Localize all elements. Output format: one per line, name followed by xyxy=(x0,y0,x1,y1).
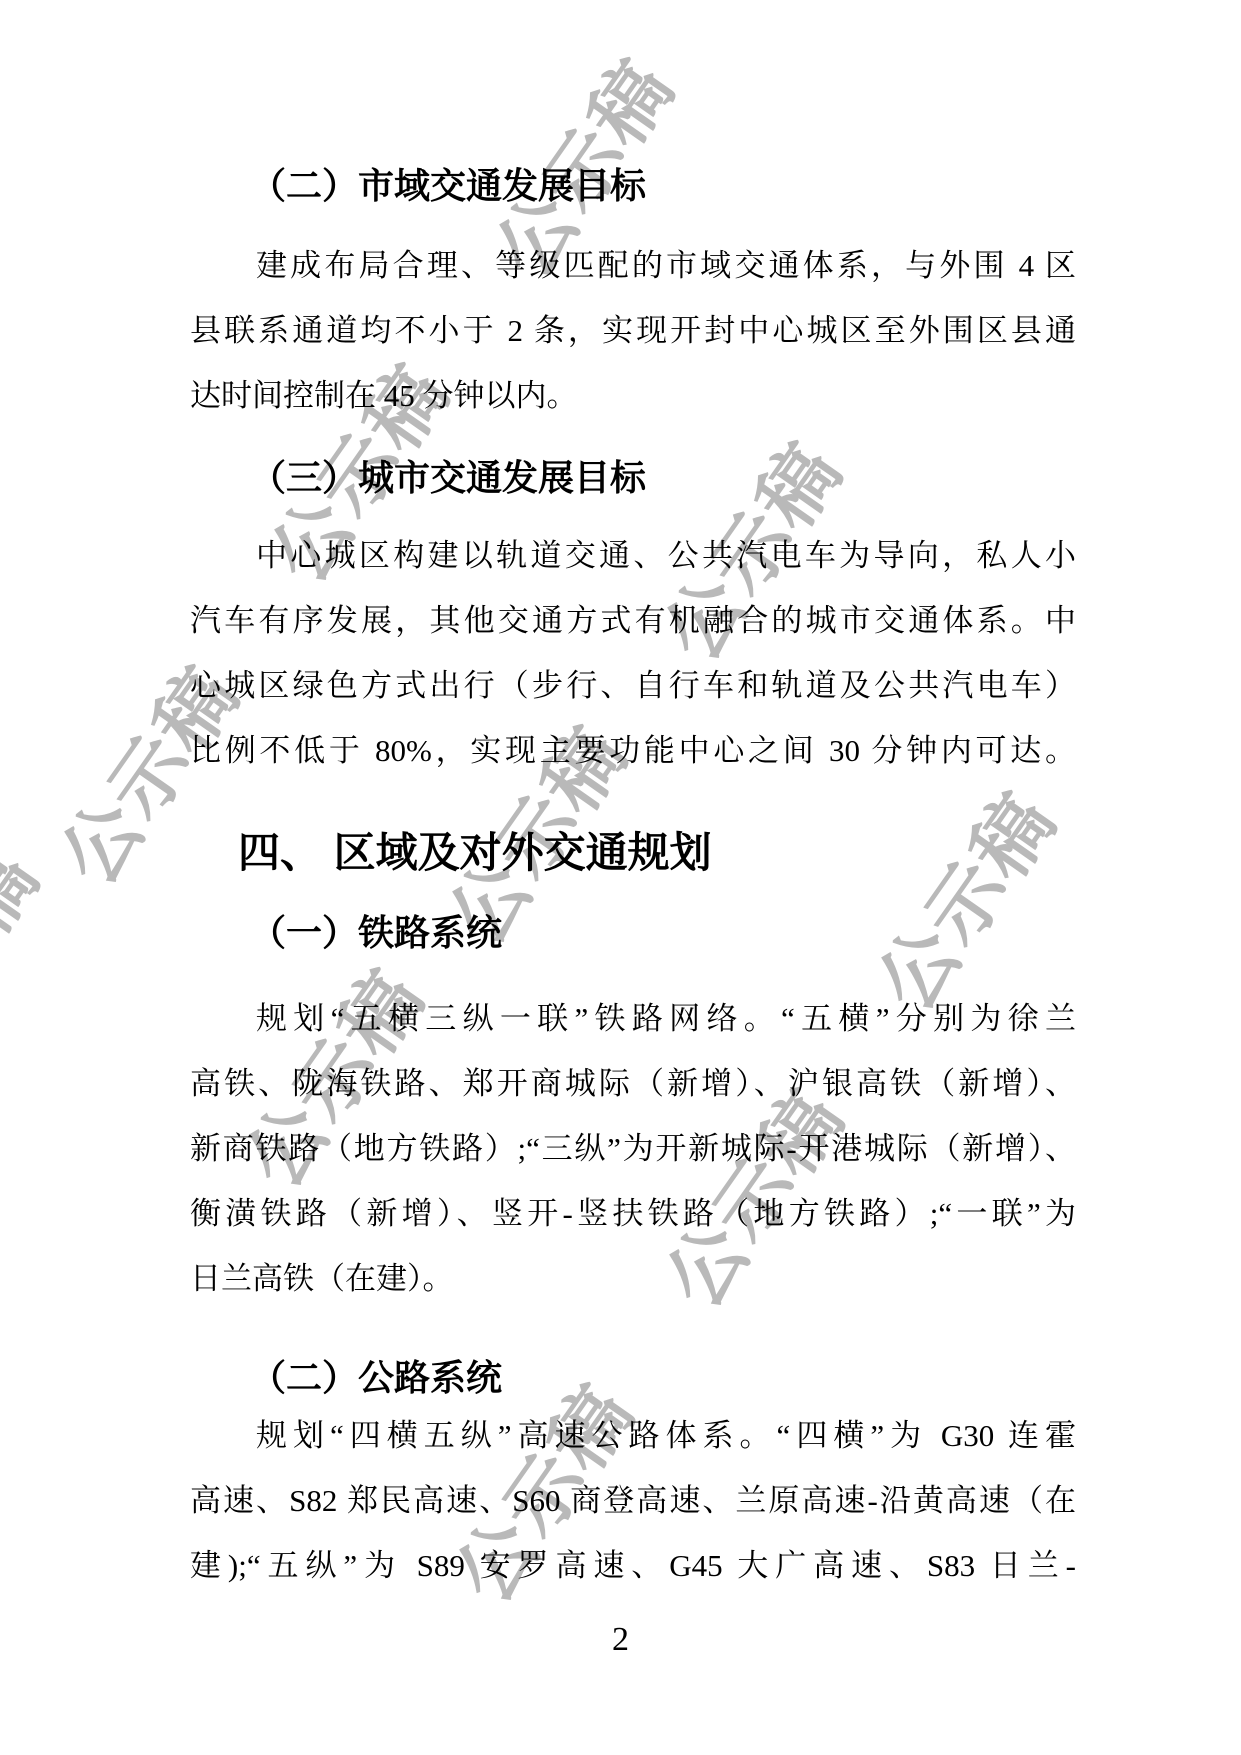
paragraph-line: 高铁、陇海铁路、郑开商城际（新增）、沪银高铁（新增）、 xyxy=(190,1051,1076,1116)
paragraph-line: 衡潢铁路（新增）、竖开-竖扶铁路（地方铁路）;“一联”为 xyxy=(190,1181,1076,1246)
paragraph-railway-system: 规划“五横三纵一联”铁路网络。“五横”分别为徐兰 高铁、陇海铁路、郑开商城际（新… xyxy=(190,986,1076,1311)
paragraph-line: 比例不低于 80%，实现主要功能中心之间 30 分钟内可达。 xyxy=(190,718,1076,783)
chapter-heading-regional-external-transport-plan: 四、 区域及对外交通规划 xyxy=(238,828,712,878)
paragraph-line: 建成布局合理、等级匹配的市域交通体系，与外围 4 区 xyxy=(190,233,1076,298)
page-number: 2 xyxy=(0,1620,1241,1660)
paragraph-line: 县联系通道均不小于 2 条，实现开封中心城区至外围区县通 xyxy=(190,298,1076,363)
section-heading-highway-system: （二）公路系统 xyxy=(250,1356,502,1400)
paragraph-line: 建);“五纵”为 S89 安罗高速、G45 大广高速、S83 日兰- xyxy=(190,1533,1076,1598)
paragraph-line: 心城区绿色方式出行（步行、自行车和轨道及公共汽电车） xyxy=(190,653,1076,718)
paragraph-line: 规划“五横三纵一联”铁路网络。“五横”分别为徐兰 xyxy=(190,986,1076,1051)
watermark-stamp: 公示稿 xyxy=(0,823,61,1086)
paragraph-line: 日兰高铁（在建）。 xyxy=(190,1246,1076,1311)
paragraph-line: 中心城区构建以轨道交通、公共汽电车为导向，私人小 xyxy=(190,523,1076,588)
document-page: { "page": { "number": "2", "watermark": … xyxy=(0,0,1241,1755)
paragraph-line: 达时间控制在 45 分钟以内。 xyxy=(190,363,1076,428)
paragraph-highway-system: 规划“四横五纵”高速公路体系。“四横”为 G30 连霍 高速、S82 郑民高速、… xyxy=(190,1403,1076,1598)
paragraph-city-region-transport: 建成布局合理、等级匹配的市域交通体系，与外围 4 区 县联系通道均不小于 2 条… xyxy=(190,233,1076,428)
paragraph-urban-transport: 中心城区构建以轨道交通、公共汽电车为导向，私人小 汽车有序发展，其他交通方式有机… xyxy=(190,523,1076,783)
section-heading-urban-transport-goal: （三）城市交通发展目标 xyxy=(250,456,646,500)
paragraph-line: 新商铁路（地方铁路）;“三纵”为开新城际-开港城际（新增）、 xyxy=(190,1116,1076,1181)
section-heading-railway-system: （一）铁路系统 xyxy=(250,911,502,955)
paragraph-line: 汽车有序发展，其他交通方式有机融合的城市交通体系。中 xyxy=(190,588,1076,653)
paragraph-line: 高速、S82 郑民高速、S60 商登高速、兰原高速-沿黄高速（在 xyxy=(190,1468,1076,1533)
section-heading-city-region-transport-goal: （二）市域交通发展目标 xyxy=(250,164,646,208)
paragraph-line: 规划“四横五纵”高速公路体系。“四横”为 G30 连霍 xyxy=(190,1403,1076,1468)
